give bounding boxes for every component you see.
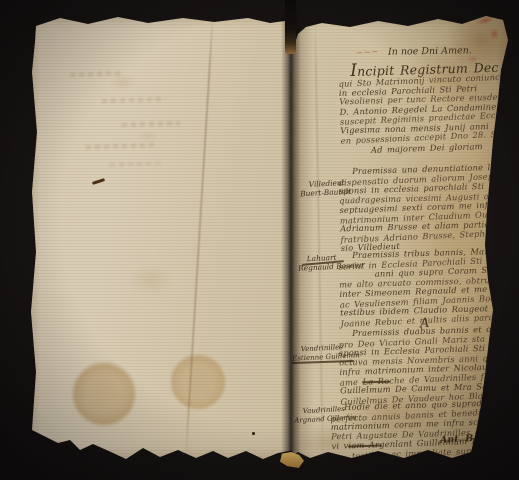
ink-show-through	[110, 161, 164, 167]
paragraph-entry-3: Praemissis duabus bannis et obtentpro De…	[338, 324, 519, 406]
signature: Ant. B	[440, 433, 474, 446]
fold-crease	[184, 12, 214, 463]
ink-show-through	[122, 121, 180, 127]
ink-show-through	[102, 97, 166, 103]
invocation-heading: In noe Dni Amen.	[388, 45, 472, 57]
ink-smudge	[92, 178, 105, 185]
paragraph-entry-1: Praemissa una denuntiatione ladispensati…	[338, 162, 514, 253]
ink-show-through	[70, 71, 122, 77]
right-page-manuscript: ∼∼∼ In noe Dni Amen. Incipit Registrum D…	[292, 14, 510, 466]
ink-speck	[252, 432, 255, 435]
manuscript-scan: ∼∼∼ In noe Dni Amen. Incipit Registrum D…	[0, 0, 519, 480]
ink-show-through	[86, 143, 158, 150]
paragraph-incipit: Incipit Registrum Decqui Sto Matrimonij …	[338, 59, 519, 156]
book-spine-shadow	[281, 10, 301, 466]
binding-post	[285, 0, 296, 54]
manuscript-text-layer: ∼∼∼ In noe Dni Amen. Incipit Registrum D…	[292, 14, 510, 466]
ink-scribble: ∼∼∼	[356, 47, 379, 59]
paragraph-entry-4: Hodie die et anno quo supradicta suprper…	[330, 397, 519, 461]
left-page-blank	[28, 12, 294, 464]
